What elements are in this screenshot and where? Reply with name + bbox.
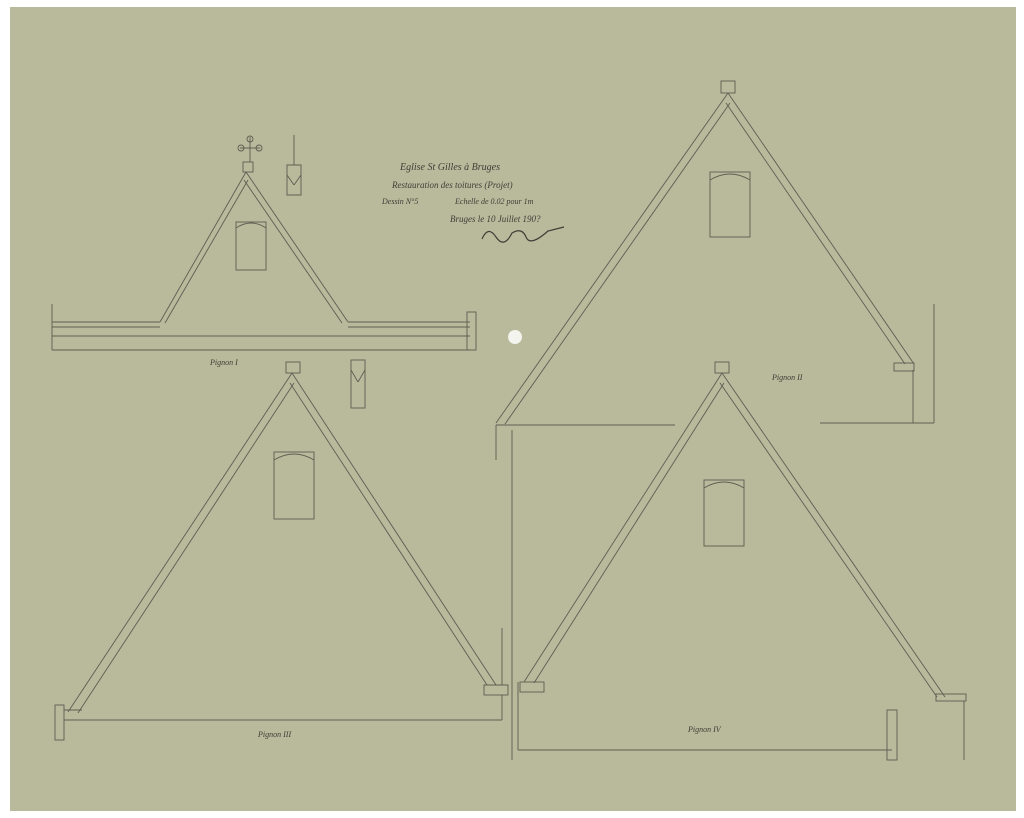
drawing-scale: Echelle de 0.02 pour 1m: [455, 197, 533, 206]
drawing-number: Dessin N°5: [382, 197, 418, 206]
paper-tear-hole: [508, 330, 522, 344]
gable-3: [55, 360, 508, 740]
figure-label-4: Pignon IV: [688, 725, 721, 734]
signature: [478, 221, 568, 243]
figure-label-3: Pignon III: [258, 730, 291, 739]
figure-label-2: Pignon II: [772, 373, 802, 382]
figure-label-1: Pignon I: [210, 358, 238, 367]
gable-4: [512, 362, 966, 760]
drawing-sheet: Eglise St Gilles à Bruges Restauration d…: [10, 7, 1016, 811]
gable-elevations-drawing: [10, 7, 1016, 811]
title-church: Eglise St Gilles à Bruges: [400, 162, 500, 173]
title-subject: Restauration des toitures (Projet): [392, 180, 513, 190]
gable-2: [496, 81, 934, 460]
